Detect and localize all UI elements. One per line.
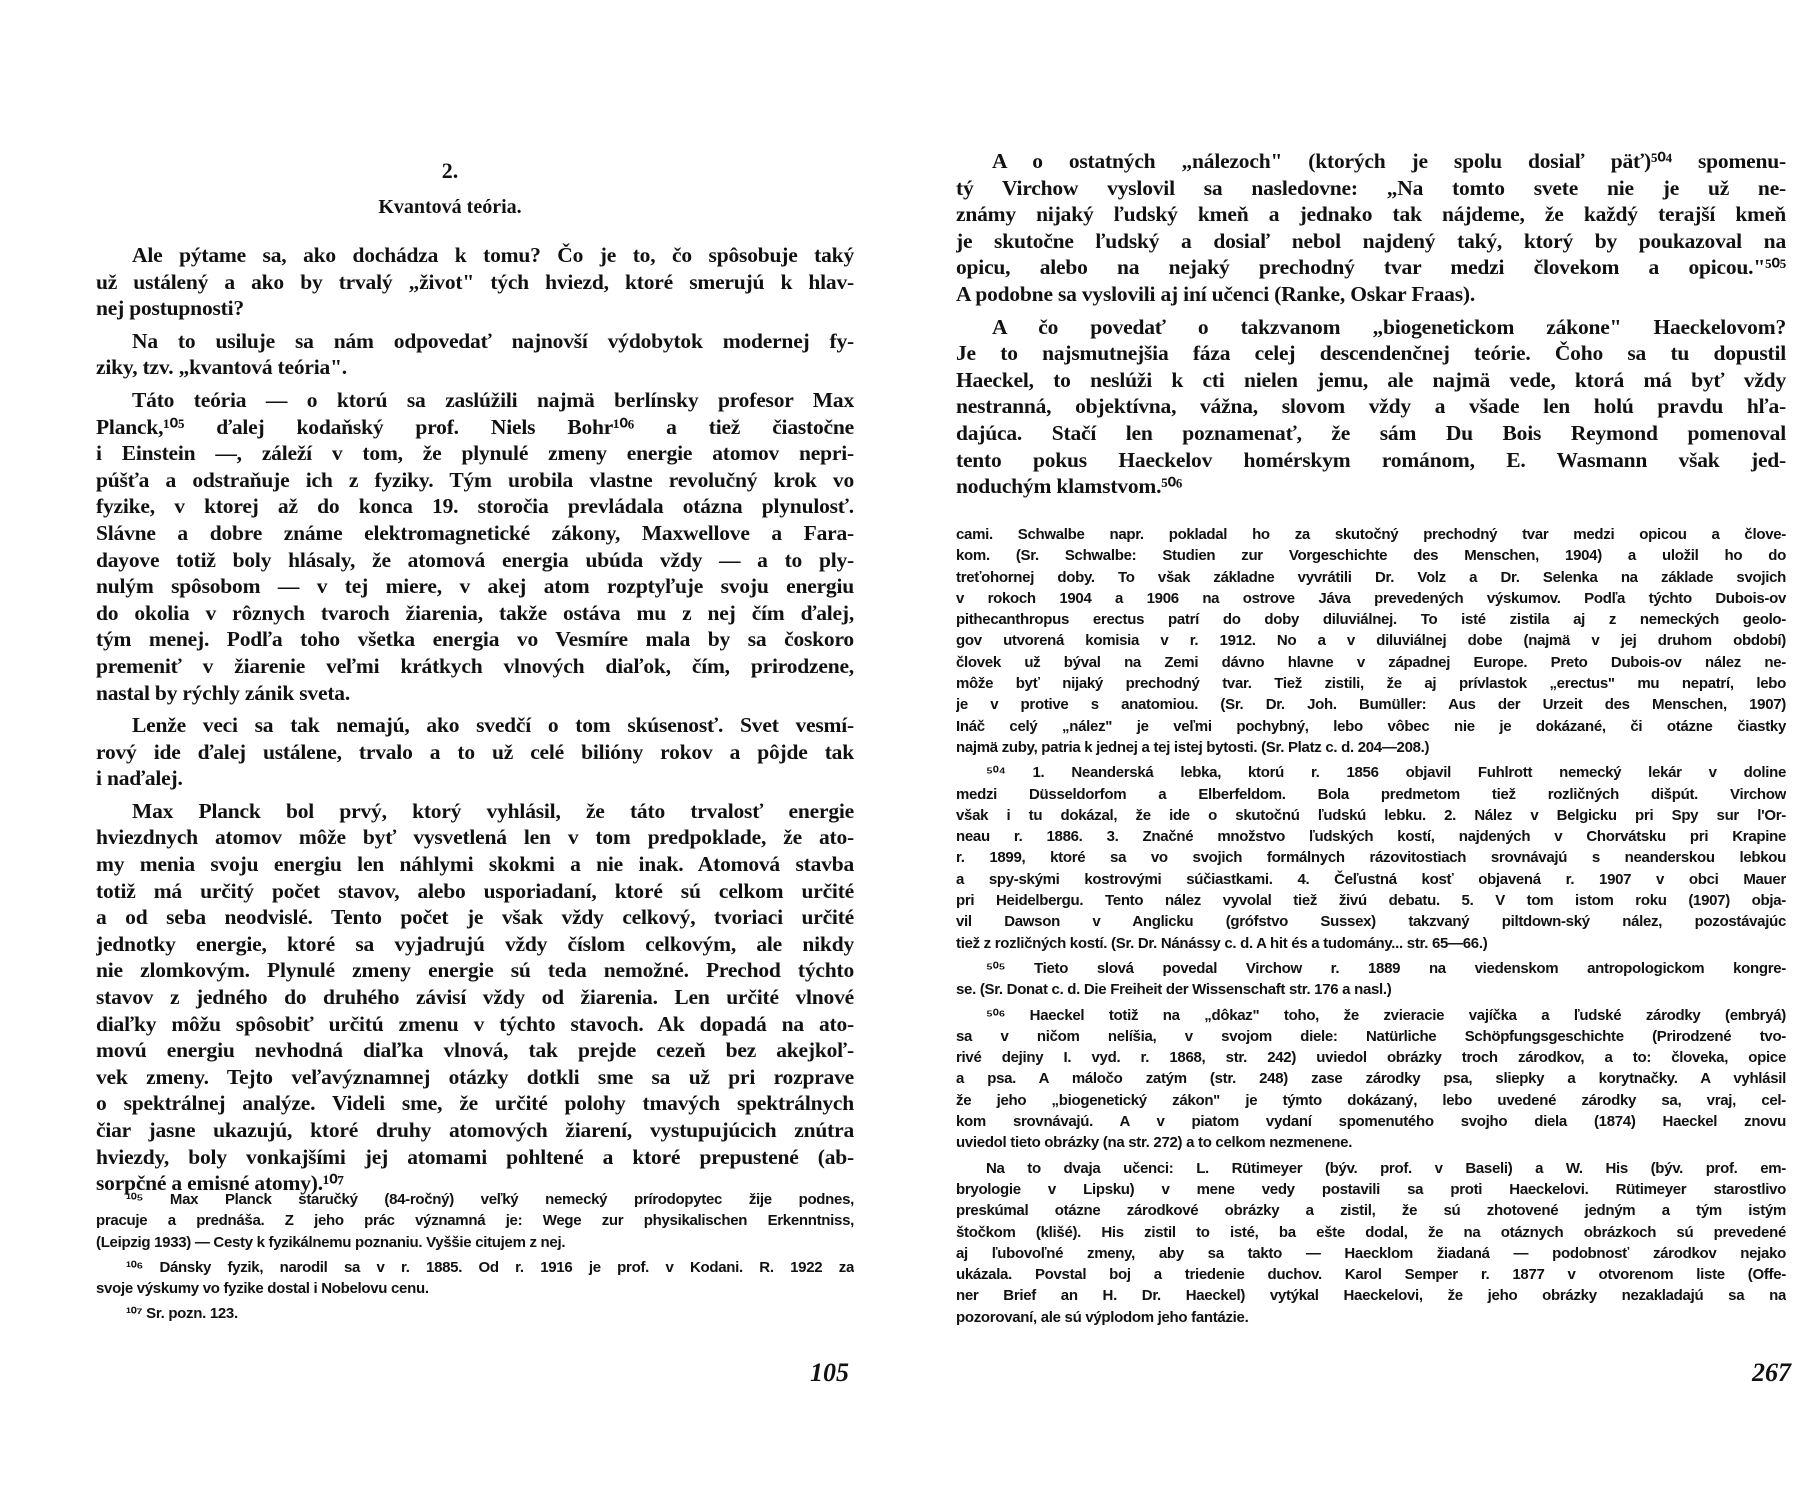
body-line: Max Planck bol prvý, ktorý vyhlásil, že … (96, 798, 854, 825)
footnote-line: pithecanthropus erectus patrí do doby di… (956, 609, 1786, 630)
footnote-line: treťohornej doby. To však základne vyvrá… (956, 567, 1786, 588)
body-line: rový ide ďalej ustálene, trvalo a to už … (96, 739, 854, 766)
body-line: noduchým klamstvom.⁵⁰⁶ (956, 473, 1786, 500)
footnote-line: (Leipzig 1933) — Cesty k fyzikálnemu poz… (96, 1232, 854, 1253)
left-body-text: Ale pýtame sa, ako dochádza k tomu? Čo j… (96, 242, 854, 1197)
footnote-line: môže byť nijaký prechodný tvar. Tiež zis… (956, 673, 1786, 694)
body-line: známy nijaký ľudský kmeň a jednako tak n… (956, 201, 1786, 228)
section-number: 2. (410, 158, 490, 184)
body-line: nej postupnosti? (96, 295, 854, 322)
body-line: vek zmeny. Tejto veľavýznamnej otázky do… (96, 1064, 854, 1091)
footnote-line: štočkom (klišé). His zistil to isté, ba … (956, 1222, 1786, 1243)
footnote-line: však i tu dokázal, že ide o skutočnú ľud… (956, 805, 1786, 826)
body-line: tý Virchow vyslovil sa nasledovne: „Na t… (956, 175, 1786, 202)
body-line: fyzike, v ktorej až do konca 19. storoči… (96, 493, 854, 520)
footnote-line: se. (Sr. Donat c. d. Die Freiheit der Wi… (956, 979, 1786, 1000)
footnote-line: neau r. 1886. 3. Značné množstvo ľudskýc… (956, 826, 1786, 847)
body-line: Je to najsmutnejšia fáza celej descenden… (956, 340, 1786, 367)
footnote-line: sa v ničom nelíšia, v svojom diele: Natü… (956, 1026, 1786, 1047)
body-line: diaľky môžu spôsobiť určitú zmenu v tých… (96, 1011, 854, 1038)
footnote-line: ⁵⁰⁵ Tieto slová povedal Virchow r. 1889 … (956, 958, 1786, 979)
footnote-line: ⁵⁰⁶ Haeckel totiž na „dôkaz" toho, že zv… (956, 1005, 1786, 1026)
footnote-line: ⁵⁰⁴ 1. Neanderská lebka, ktorú r. 1856 o… (956, 762, 1786, 783)
footnote-line: vil Dawson v Anglicku (grófstvo Sussex) … (956, 911, 1786, 932)
body-line: Ale pýtame sa, ako dochádza k tomu? Čo j… (96, 242, 854, 269)
footnote-line: a spy-skými kostrovými súčiastkami. 4. Č… (956, 869, 1786, 890)
body-line: stavov z jedného do druhého závisí vždy … (96, 984, 854, 1011)
body-line: tým menej. Podľa toho všetka energia vo … (96, 626, 854, 653)
footnote-line: gov utvorená komisia v r. 1912. No a v d… (956, 630, 1786, 651)
body-line: i naďalej. (96, 765, 854, 792)
body-line: dajúca. Stačí len poznamenať, že sám Du … (956, 420, 1786, 447)
body-line: tento pokus Haeckelov homérskym románom,… (956, 447, 1786, 474)
footnote-line: kom srovnávajú. A v piatom vydaní spomen… (956, 1111, 1786, 1132)
footnote-line: r. 1899, ktoré sa vo svojich formálnych … (956, 847, 1786, 868)
footnote-line: pracuje a prednáša. Z jeho prác významná… (96, 1210, 854, 1231)
body-line: i Einstein —, záleží v tom, že plynulé z… (96, 440, 854, 467)
body-line: nestranná, objektívna, vážna, slovom vžd… (956, 393, 1786, 420)
footnote-line: ¹⁰⁶ Dánsky fyzik, narodil sa v r. 1885. … (96, 1257, 854, 1278)
body-line: hviezdnych atomov môže byť vysvetlená le… (96, 824, 854, 851)
body-line: Táto teória — o ktorú sa zaslúžili najmä… (96, 387, 854, 414)
right-body-text: A o ostatných „nálezoch" (ktorých je spo… (956, 148, 1786, 500)
footnote-line: aj ľubovoľné zmeny, aby sa takto — Haeck… (956, 1243, 1786, 1264)
footnote-line: rivé dejiny I. vyd. r. 1868, str. 242) u… (956, 1047, 1786, 1068)
body-line: nastal by rýchly zánik sveta. (96, 680, 854, 707)
footnote-line: uviedol tieto obrázky (na str. 272) a to… (956, 1132, 1786, 1153)
body-line: Haeckel, to neslúži k cti nielen jemu, a… (956, 367, 1786, 394)
body-line: totiž má určitý počet stavov, alebo uspo… (96, 878, 854, 905)
body-line: už ustálený a ako by trvalý „život" tých… (96, 269, 854, 296)
section-title: Kvantová teória. (330, 196, 570, 219)
body-line: hviezdy, boly vonkajšími jej atomami poh… (96, 1144, 854, 1171)
body-line: Lenže veci sa tak nemajú, ako svedčí o t… (96, 712, 854, 739)
body-line: premeniť v žiarenie veľmi krátkych vlnov… (96, 653, 854, 680)
footnote-line: bryologie v Lipsku) v mene vedy postavil… (956, 1179, 1786, 1200)
footnote-line: pri Heidelbergu. Tento nález vyvolal tie… (956, 890, 1786, 911)
body-line: my menia svoju energiu len náhlymi skokm… (96, 851, 854, 878)
footnote-line: ner Brief an H. Dr. Haeckel) vytýkal Hae… (956, 1285, 1786, 1306)
footnote-line: v rokoch 1904 a 1906 na ostrove Jáva pre… (956, 588, 1786, 609)
body-line: čiar jasne ukazujú, ktoré druhy atomovýc… (96, 1117, 854, 1144)
footnote-line: je v protive s anatomiou. (Sr. Dr. Joh. … (956, 694, 1786, 715)
footnote-line: že jeho „biogenetický zákon" je týmto do… (956, 1090, 1786, 1111)
footnote-line: pozorovaní, ale sú výplodom jeho fantázi… (956, 1307, 1786, 1328)
page-number-right: 267 (1752, 1358, 1791, 1388)
body-line: A čo povedať o takzvanom „biogenetickom … (956, 314, 1786, 341)
body-line: nie zlomkovým. Plynulé zmeny energie sú … (96, 957, 854, 984)
body-line: opicu, alebo na nejaký prechodný tvar me… (956, 254, 1786, 281)
body-line: movú energiu nevhodná diaľka vlnová, tak… (96, 1037, 854, 1064)
body-line: A podobne sa vyslovili aj iní učenci (Ra… (956, 281, 1786, 308)
footnote-line: človek už býval na Zemi dávno hlavne v z… (956, 652, 1786, 673)
body-line: je skutočne ľudský a dosiaľ nebol najden… (956, 228, 1786, 255)
footnote-line: a psa. A máločo zatým (str. 248) zase zá… (956, 1068, 1786, 1089)
footnote-line: Na to dvaja učenci: L. Rütimeyer (býv. p… (956, 1158, 1786, 1179)
body-line: ziky, tzv. „kvantová teória". (96, 354, 854, 381)
footnote-line: najmä zuby, patria k jednej a tej istej … (956, 737, 1786, 758)
footnote-line: ¹⁰⁵ Max Planck staručký (84-ročný) veľký… (96, 1189, 854, 1210)
footnote-line: medzi Düsseldorfom a Elberfeldom. Bola p… (956, 784, 1786, 805)
footnote-line: tiež z rozličných kostí. (Sr. Dr. Nánáss… (956, 933, 1786, 954)
body-line: nulým spôsobom — v tej miere, v akej ato… (96, 573, 854, 600)
body-line: a od seba neodvislé. Tento počet je však… (96, 904, 854, 931)
body-line: A o ostatných „nálezoch" (ktorých je spo… (956, 148, 1786, 175)
body-line: jednotky energie, ktoré sa vyjadrujú vžd… (96, 931, 854, 958)
footnote-line: kom. (Sr. Schwalbe: Studien zur Vorgesch… (956, 545, 1786, 566)
body-line: Na to usiluje sa nám odpovedať najnovší … (96, 328, 854, 355)
left-footnotes: ¹⁰⁵ Max Planck staručký (84-ročný) veľký… (96, 1189, 854, 1325)
footnote-line: Ináč celý „nález" je veľmi pochybný, leb… (956, 716, 1786, 737)
footnote-line: ¹⁰⁷ Sr. pozn. 123. (96, 1303, 854, 1324)
footnote-line: cami. Schwalbe napr. pokladal ho za skut… (956, 524, 1786, 545)
footnote-line: svoje výskumy vo fyzike dostal i Nobelov… (96, 1278, 854, 1299)
body-line: do okolia v rôznych tvaroch žiarenia, ta… (96, 600, 854, 627)
body-line: dayove totiž boly hlásaly, že atomová en… (96, 547, 854, 574)
body-line: Slávne a dobre známe elektromagnetické z… (96, 520, 854, 547)
right-footnotes: cami. Schwalbe napr. pokladal ho za skut… (956, 524, 1786, 1328)
footnote-line: ukázala. Povstal boj a triedenie duchov.… (956, 1264, 1786, 1285)
body-line: o spektrálnej analýze. Videli sme, že ur… (96, 1090, 854, 1117)
page-number-left: 105 (810, 1358, 849, 1388)
body-line: púšťa a odstraňuje ich z fyziky. Tým uro… (96, 467, 854, 494)
footnote-line: preskúmal otázne zárodkové obrázky a zis… (956, 1200, 1786, 1221)
body-line: Planck,¹⁰⁵ ďalej kodaňský prof. Niels Bo… (96, 414, 854, 441)
